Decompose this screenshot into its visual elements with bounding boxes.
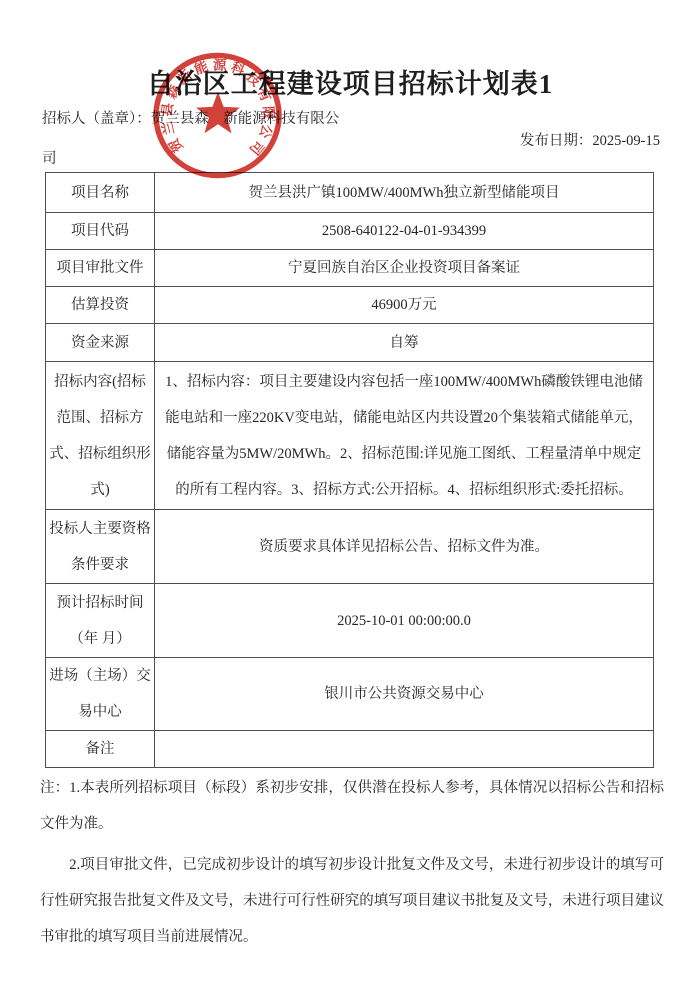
row-value: 资质要求具体详见招标公告、招标文件为准。 [155,510,654,584]
table-row: 项目名称贺兰县洪广镇100MW/400MWh独立新型储能项目 [46,173,654,213]
row-value: 1、招标内容：项目主要建设内容包括一座100MW/400MWh磷酸铁锂电池储能电… [155,362,654,510]
table-row: 项目审批文件宁夏回族自治区企业投资项目备案证 [46,250,654,287]
row-label: 预计招标时间（年 月） [46,584,155,658]
row-label: 资金来源 [46,324,155,362]
row-value: 银川市公共资源交易中心 [155,658,654,731]
scanned-document-page: { "document": { "title": "自治区工程建设项目招标计划表… [0,0,700,990]
table-row: 招标内容(招标范围、招标方式、招标组织形式)1、招标内容：项目主要建设内容包括一… [46,362,654,510]
page-title: 自治区工程建设项目招标计划表1 [0,62,700,101]
footnote-paragraph: 注：1.本表所列招标项目（标段）系初步安排，仅供潜在投标人参考，具体情况以招标公… [40,770,664,842]
row-label: 项目名称 [46,173,155,213]
tender-plan-table: 项目名称贺兰县洪广镇100MW/400MWh独立新型储能项目项目代码2508-6… [45,172,654,768]
row-label: 招标内容(招标范围、招标方式、招标组织形式) [46,362,155,510]
row-label: 进场（主场）交易中心 [46,658,155,731]
red-star-icon [196,92,240,134]
table-row: 备注 [46,731,654,768]
plan-table-body: 项目名称贺兰县洪广镇100MW/400MWh独立新型储能项目项目代码2508-6… [46,173,654,768]
table-row: 预计招标时间（年 月）2025-10-01 00:00:00.0 [46,584,654,658]
row-label: 项目审批文件 [46,250,155,287]
row-value: 自筹 [155,324,654,362]
table-row: 资金来源自筹 [46,324,654,362]
table-row: 估算投资46900万元 [46,287,654,324]
row-value: 宁夏回族自治区企业投资项目备案证 [155,250,654,287]
row-value: 2025-10-01 00:00:00.0 [155,584,654,658]
table-row: 进场（主场）交易中心银川市公共资源交易中心 [46,658,654,731]
row-label: 备注 [46,731,155,768]
row-label: 投标人主要资格条件要求 [46,510,155,584]
row-value [155,731,654,768]
publish-date: 发布日期：2025-09-15 [520,129,660,150]
row-label: 估算投资 [46,287,155,324]
table-row: 投标人主要资格条件要求资质要求具体详见招标公告、招标文件为准。 [46,510,654,584]
company-seal-stamp-icon: 贺兰县森新能源科技有限公司 [140,38,300,198]
footnotes: 注：1.本表所列招标项目（标段）系初步安排，仅供潜在投标人参考，具体情况以招标公… [40,770,664,960]
row-label: 项目代码 [46,213,155,250]
row-value: 46900万元 [155,287,654,324]
bidder-name-line2: 司 [42,147,57,168]
footnote-paragraph: 2.项目审批文件，已完成初步设计的填写初步设计批复文件及文号，未进行初步设计的填… [40,847,664,955]
row-value: 2508-640122-04-01-934399 [155,213,654,250]
table-row: 项目代码2508-640122-04-01-934399 [46,213,654,250]
